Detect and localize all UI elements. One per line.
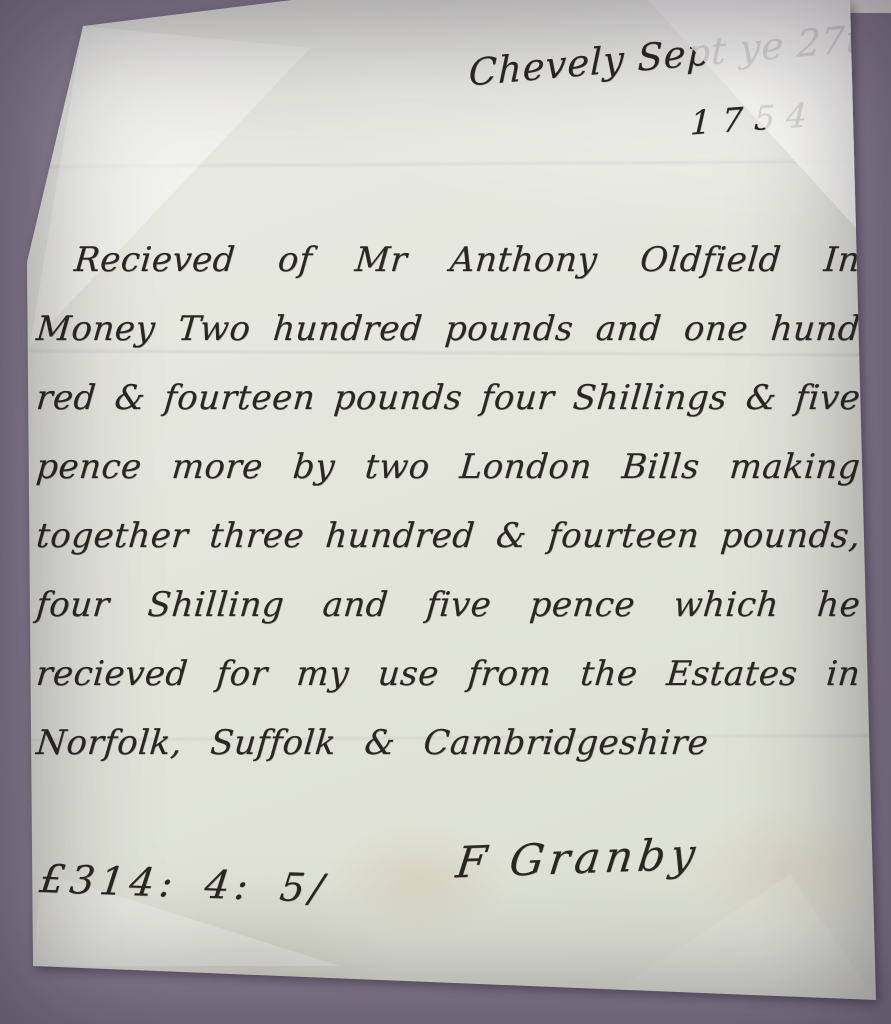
receipt-paper-wrap: Chevely Sept ye 27th 1754 Recieved of Mr… <box>0 0 891 1024</box>
paper-crease <box>30 160 869 170</box>
body-line: recieved for my use from the Estates in <box>32 654 862 723</box>
body-line: Recieved of Mr Anthony Oldfield In <box>32 240 862 309</box>
body-line: Norfolk, Suffolk & Cambridgeshire <box>32 723 710 792</box>
body-line: four Shilling and five pence which he <box>32 585 862 654</box>
receipt-body: Recieved of Mr Anthony Oldfield In Money… <box>32 240 856 792</box>
body-line: pence more by two London Bills making <box>32 447 862 516</box>
signature: F Granby <box>425 829 731 890</box>
photo-background: Chevely Sept ye 27th 1754 Recieved of Mr… <box>0 0 891 1024</box>
amount-total: £314: 4: 5/ <box>37 857 330 912</box>
body-line: together three hundred & fourteen pounds… <box>32 516 862 585</box>
body-line: red & fourteen pounds four Shillings & f… <box>32 378 862 447</box>
place-date-line: Chevely Sept ye 27th <box>468 16 867 94</box>
body-line: Money Two hundred pounds and one hund <box>32 309 862 378</box>
year-line: 1754 <box>689 94 818 142</box>
receipt-paper: Chevely Sept ye 27th 1754 Recieved of Mr… <box>0 0 891 1024</box>
